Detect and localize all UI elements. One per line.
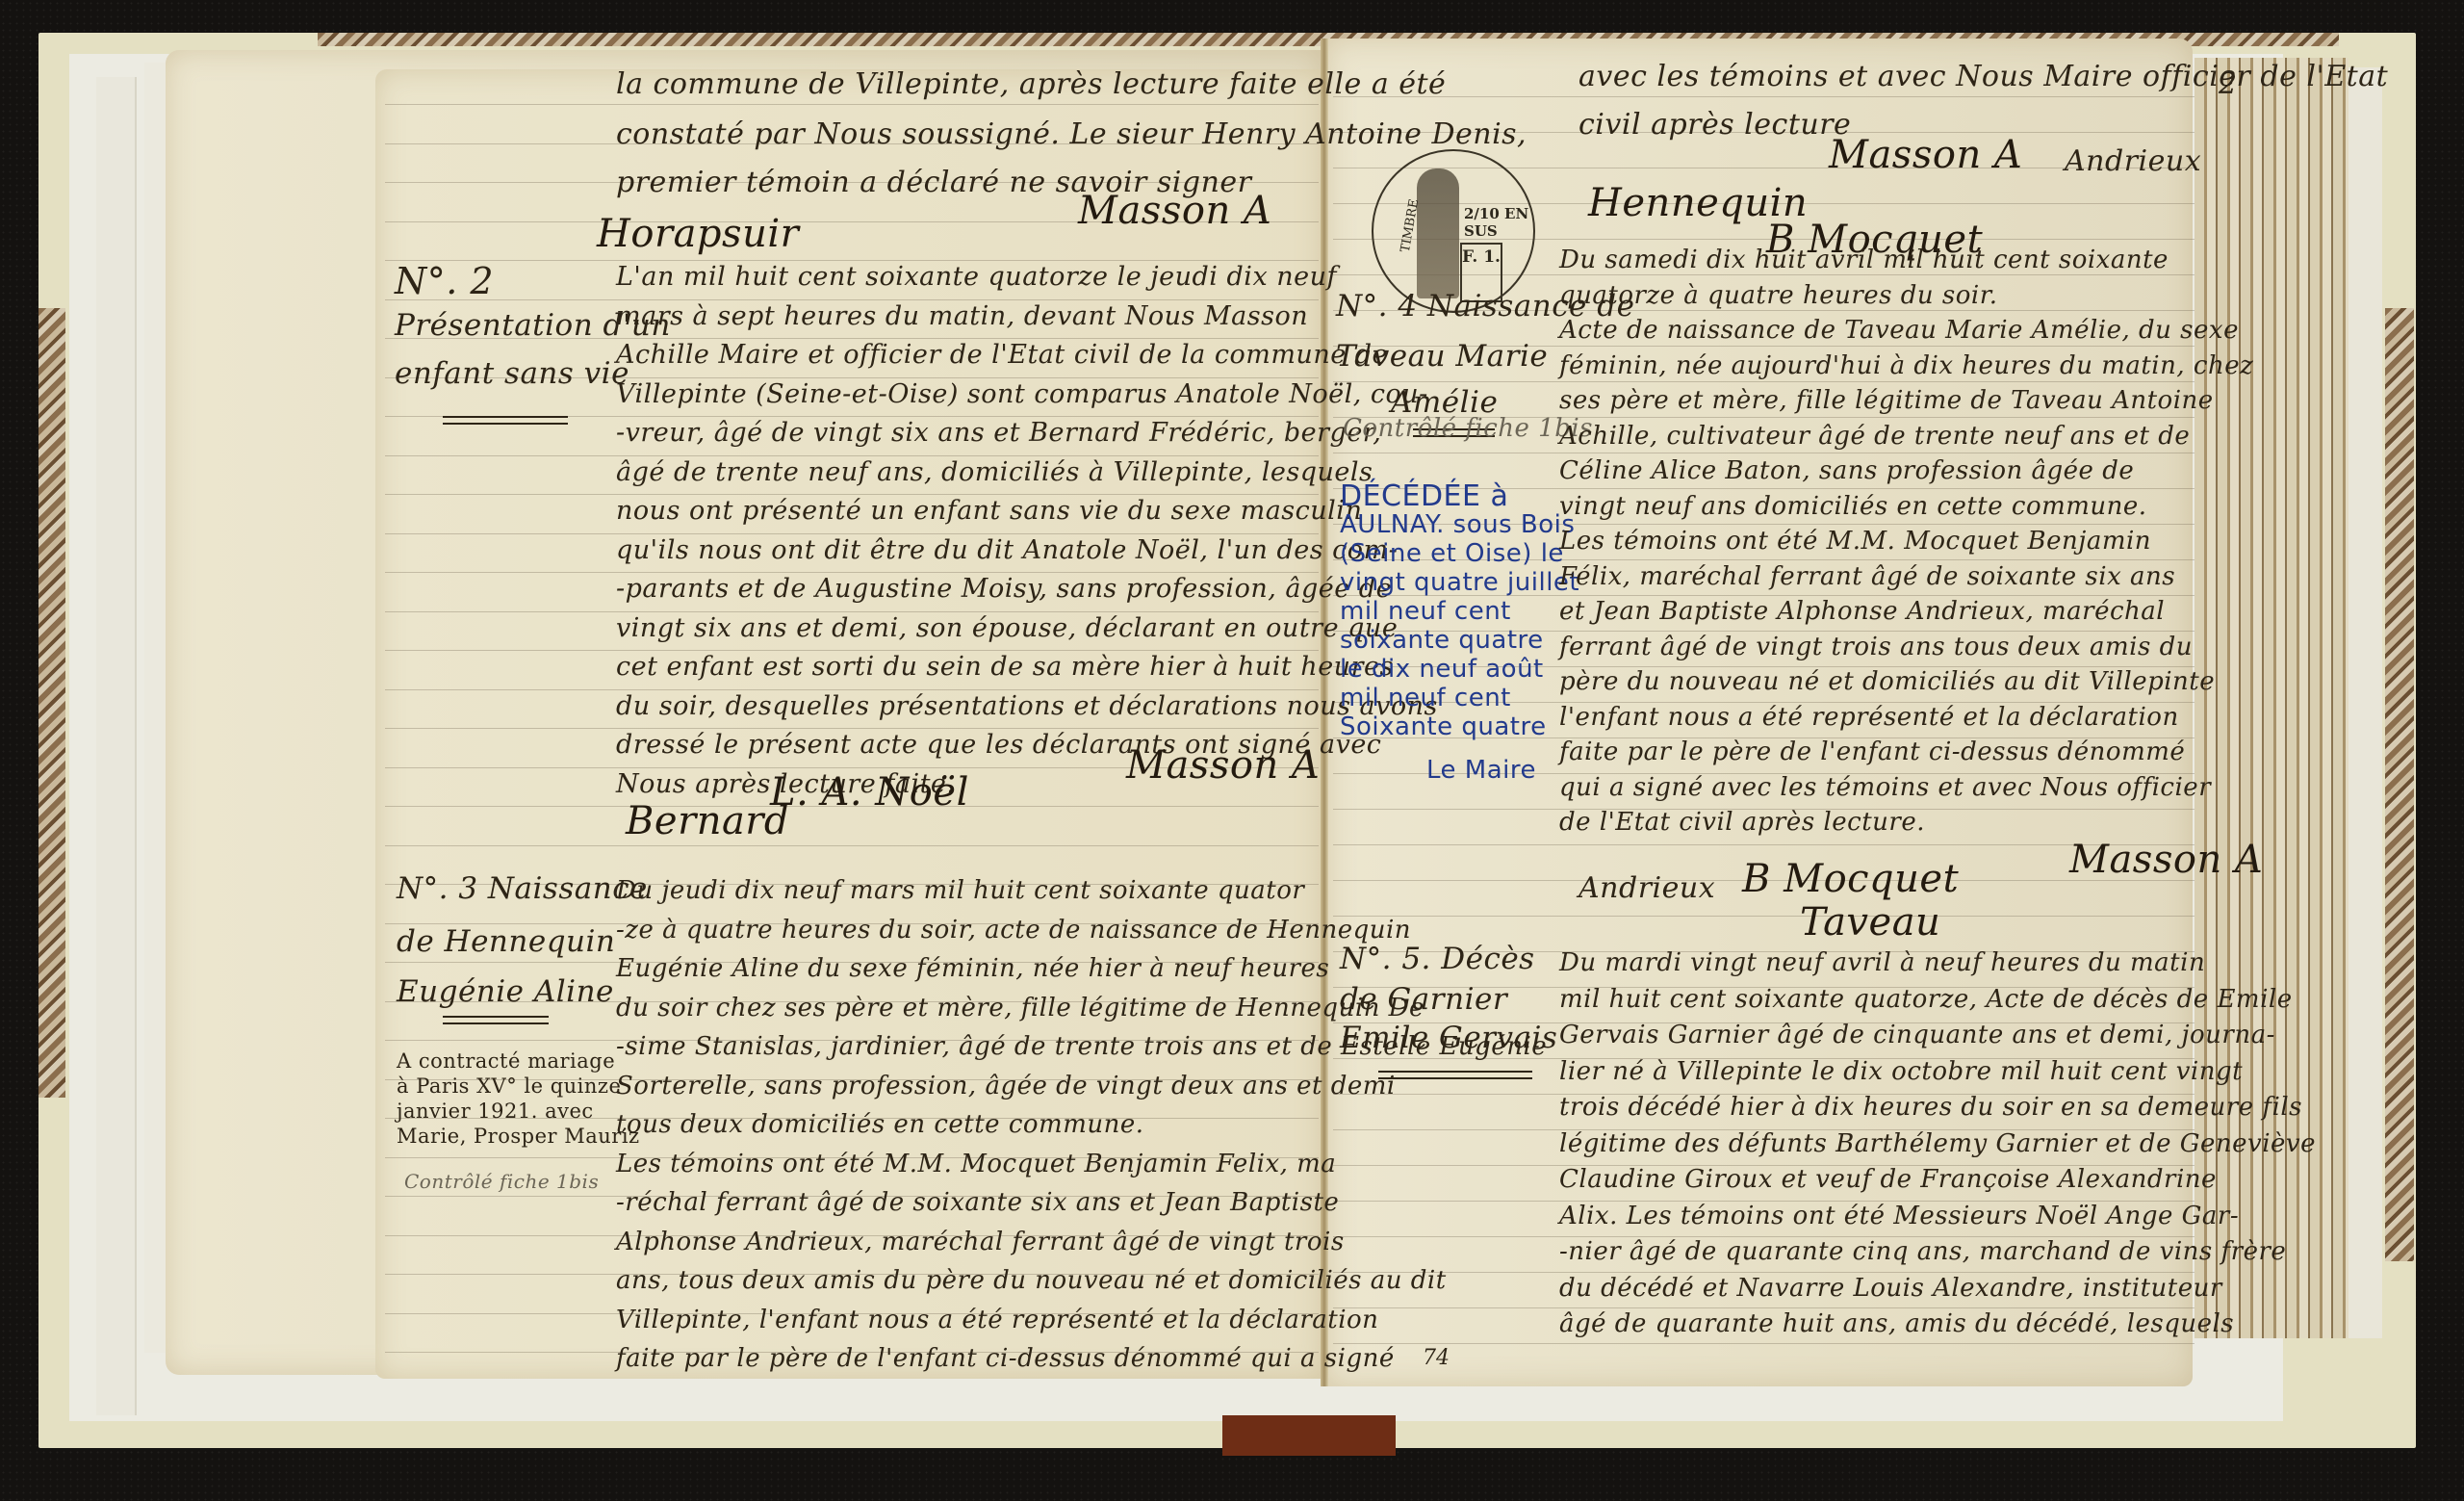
body-line: Alphonse Andrieux, maréchal ferrant âgé … xyxy=(616,1228,1345,1256)
ruled-line xyxy=(385,728,1319,729)
marriage-annotation-3: janvier 1921. avec xyxy=(397,1100,594,1123)
entry-3-double-rule xyxy=(443,1016,549,1024)
death-annotation-line: (Seine et Oise) le xyxy=(1340,539,1564,569)
entry-2-title-2: enfant sans vie xyxy=(395,356,629,391)
death-annotation-line: soixante quatre xyxy=(1340,626,1544,656)
body-line: vingt neuf ans domiciliés en cette commu… xyxy=(1559,492,2147,521)
body-line: Sorterelle, sans profession, âgée de vin… xyxy=(616,1072,1396,1100)
body-line: Claudine Giroux et veuf de Françoise Ale… xyxy=(1559,1165,2217,1194)
body-line: de l'Etat civil après lecture. xyxy=(1559,808,1925,837)
entry-5-title-2: Emile Gervais xyxy=(1340,1021,1557,1055)
ruled-line xyxy=(385,494,1319,495)
body-line: Villepinte, l'enfant nous a été représen… xyxy=(616,1306,1378,1334)
body-line: Gervais Garnier âgé de cinquante ans et … xyxy=(1559,1021,2275,1049)
ruled-line xyxy=(385,650,1319,651)
ruled-line xyxy=(1333,96,2194,97)
body-line: Du jeudi dix neuf mars mil huit cent soi… xyxy=(616,876,1304,905)
entry-3-title-1: de Hennequin xyxy=(397,924,615,959)
body-line: faite par le père de l'enfant ci-dessus … xyxy=(616,1344,1395,1373)
signature-masson-2: Masson A xyxy=(1126,743,1320,788)
left-continuation-line-1: la commune de Villepinte, après lecture … xyxy=(616,67,1446,101)
entry-5-title-1: de Garnier xyxy=(1340,982,1507,1017)
entry-2-number: N°. 2 xyxy=(395,260,494,302)
book-spine xyxy=(1222,1415,1396,1456)
signature-mocquet-2: B Mocquet xyxy=(1742,857,1959,901)
body-line: âgé de trente neuf ans, domiciliés à Vil… xyxy=(616,457,1373,487)
death-annotation-line: vingt quatre juillet xyxy=(1340,568,1579,598)
right-marbled-edge xyxy=(2385,308,2414,1261)
ruled-line xyxy=(385,260,1319,261)
ruled-line xyxy=(385,572,1319,573)
entry-3-pencil-control: Contrôlé fiche 1bis xyxy=(404,1170,599,1193)
body-line: légitime des défunts Barthélemy Garnier … xyxy=(1559,1129,2316,1158)
body-line: Les témoins ont été M.M. Mocquet Benjami… xyxy=(1559,527,2151,556)
body-line: -vreur, âgé de vingt six ans et Bernard … xyxy=(616,418,1381,448)
white-flyleaf-edge xyxy=(2348,67,2382,1338)
signature-masson-4: Masson A xyxy=(2069,838,2263,882)
marriage-annotation-4: Marie, Prosper Mauriz xyxy=(397,1125,640,1148)
right-continuation-line-1: avec les témoins et avec Nous Maire offi… xyxy=(1578,60,2388,93)
body-line: -réchal ferrant âgé de soixante six ans … xyxy=(616,1188,1339,1217)
entry-3-number: N°. 3 Naissance xyxy=(397,871,648,906)
ruled-line xyxy=(1333,381,2194,382)
body-line: faite par le père de l'enfant ci-dessus … xyxy=(1559,738,2185,766)
signature-horapsuir: Horapsuir xyxy=(597,212,799,256)
body-line: Achille, cultivateur âgé de trente neuf … xyxy=(1559,422,2190,451)
body-line: Alix. Les témoins ont été Messieurs Noël… xyxy=(1559,1202,2239,1230)
body-line: Villepinte (Seine-et-Oise) sont comparus… xyxy=(616,379,1428,409)
death-annotation-line: mil neuf cent xyxy=(1340,684,1511,713)
ruled-line xyxy=(385,845,1319,846)
body-line: nous ont présenté un enfant sans vie du … xyxy=(616,496,1362,526)
marriage-annotation-2: à Paris XV° le quinze xyxy=(397,1074,621,1098)
body-line: Céline Alice Baton, sans profession âgée… xyxy=(1559,456,2134,485)
entry-5-double-rule xyxy=(1378,1071,1532,1079)
body-line: Acte de naissance de Taveau Marie Amélie… xyxy=(1559,316,2239,345)
ruled-line xyxy=(385,104,1319,105)
body-line: -ze à quatre heures du soir, acte de nai… xyxy=(616,916,1411,945)
ruled-line xyxy=(1333,916,2194,917)
death-annotation-line: DÉCÉDÉE à xyxy=(1340,481,1508,511)
signature-taveau: Taveau xyxy=(1800,900,1940,945)
ruled-line xyxy=(1333,1343,2194,1344)
body-line: qui a signé avec les témoins et avec Nou… xyxy=(1559,773,2211,802)
death-annotation-line: Soixante quatre xyxy=(1340,712,1547,742)
page-number-bottom: 74 xyxy=(1423,1346,1450,1370)
body-line: Du mardi vingt neuf avril à neuf heures … xyxy=(1559,948,2205,977)
signature-andrieux: Andrieux xyxy=(2065,144,2201,178)
body-line: Les témoins ont été M.M. Mocquet Benjami… xyxy=(616,1150,1336,1178)
body-line: trois décédé hier à dix heures du soir e… xyxy=(1559,1093,2302,1122)
signature-andrieux-2: Andrieux xyxy=(1578,871,1715,905)
death-annotation-line: mil neuf cent xyxy=(1340,597,1511,627)
body-line: père du nouveau né et domiciliés au dit … xyxy=(1559,667,2215,696)
body-line: mil huit cent soixante quatorze, Acte de… xyxy=(1559,985,2293,1014)
body-line: du soir chez ses père et mère, fille lég… xyxy=(616,994,1424,1022)
body-line: lier né à Villepinte le dix octobre mil … xyxy=(1559,1057,2243,1086)
entry-5-number: N°. 5. Décès xyxy=(1340,942,1535,976)
body-line: cet enfant est sorti du sein de sa mère … xyxy=(616,652,1394,682)
body-line: l'enfant nous a été représenté et la déc… xyxy=(1559,703,2179,732)
signature-masson-3: Masson A xyxy=(1829,133,2022,177)
body-line: Félix, maréchal ferrant âgé de soixante … xyxy=(1559,562,2175,591)
body-line: ans, tous deux amis du père du nouveau n… xyxy=(616,1266,1447,1295)
death-annotation-line: AULNAY. sous Bois xyxy=(1340,510,1575,540)
ruled-line xyxy=(385,689,1319,690)
body-line: qu'ils nous ont dit être du dit Anatole … xyxy=(616,535,1398,565)
signature-masson: Masson A xyxy=(1078,189,1271,233)
body-line: et Jean Baptiste Alphonse Andrieux, maré… xyxy=(1559,597,2165,626)
ruled-line xyxy=(1333,453,2194,453)
ruled-line xyxy=(385,611,1319,612)
page-number-top: 2 xyxy=(2219,67,2237,101)
ruled-line xyxy=(1333,844,2194,845)
ruled-line xyxy=(1333,1307,2194,1308)
body-line: L'an mil huit cent soixante quatorze le … xyxy=(616,262,1337,292)
body-line: féminin, née aujourd'hui à dix heures du… xyxy=(1559,351,2253,380)
body-line: Du samedi dix huit avril mil huit cent s… xyxy=(1559,246,2169,274)
entry-3-title-2: Eugénie Aline xyxy=(397,974,614,1009)
body-line: âgé de quarante huit ans, amis du décédé… xyxy=(1559,1309,2234,1338)
ruled-line xyxy=(385,455,1319,456)
entry-4-pencil-control: Contrôlé fiche 1bis xyxy=(1343,414,1593,443)
body-line: -parants et de Augustine Moisy, sans pro… xyxy=(616,574,1392,604)
marriage-annotation-1: A contracté mariage xyxy=(397,1049,615,1073)
body-line: mars à sept heures du matin, devant Nous… xyxy=(616,301,1308,331)
body-line: tous deux domiciliés en cette commune. xyxy=(616,1110,1143,1139)
body-line: du soir, desquelles présentations et déc… xyxy=(616,691,1438,721)
body-line: ferrant âgé de vingt trois ans tous deux… xyxy=(1559,633,2193,661)
right-continuation-line-2: civil après lecture xyxy=(1578,108,1851,142)
signature-noel: L. A. Noël xyxy=(770,770,969,815)
ruled-line xyxy=(385,299,1319,300)
body-line: quatorze à quatre heures du soir. xyxy=(1559,281,1998,310)
death-annotation-line: le dix neuf août xyxy=(1340,655,1544,685)
stamp-value: 2/10 EN SUS xyxy=(1464,205,1533,240)
ruled-line xyxy=(385,533,1319,534)
body-line: Achille Maire et officier de l'Etat civi… xyxy=(616,340,1388,370)
body-line: du décédé et Navarre Louis Alexandre, in… xyxy=(1559,1274,2222,1303)
death-annotation-line: Le Maire xyxy=(1426,756,1536,786)
left-marbled-edge xyxy=(38,308,65,1098)
left-paper-fold xyxy=(96,77,137,1415)
body-line: ses père et mère, fille légitime de Tave… xyxy=(1559,386,2214,415)
signature-bernard: Bernard xyxy=(626,799,789,843)
body-line: -nier âgé de quarante cinq ans, marchand… xyxy=(1559,1237,2286,1266)
justice-figure-icon xyxy=(1417,168,1459,298)
body-line: Eugénie Aline du sexe féminin, née hier … xyxy=(616,954,1329,983)
body-line: vingt six ans et demi, son épouse, décla… xyxy=(616,613,1398,643)
entry-4-title-1: Taveau Marie xyxy=(1336,339,1548,374)
entry-2-double-rule xyxy=(443,416,568,425)
left-continuation-line-2: constaté par Nous soussigné. Le sieur He… xyxy=(616,117,1527,151)
